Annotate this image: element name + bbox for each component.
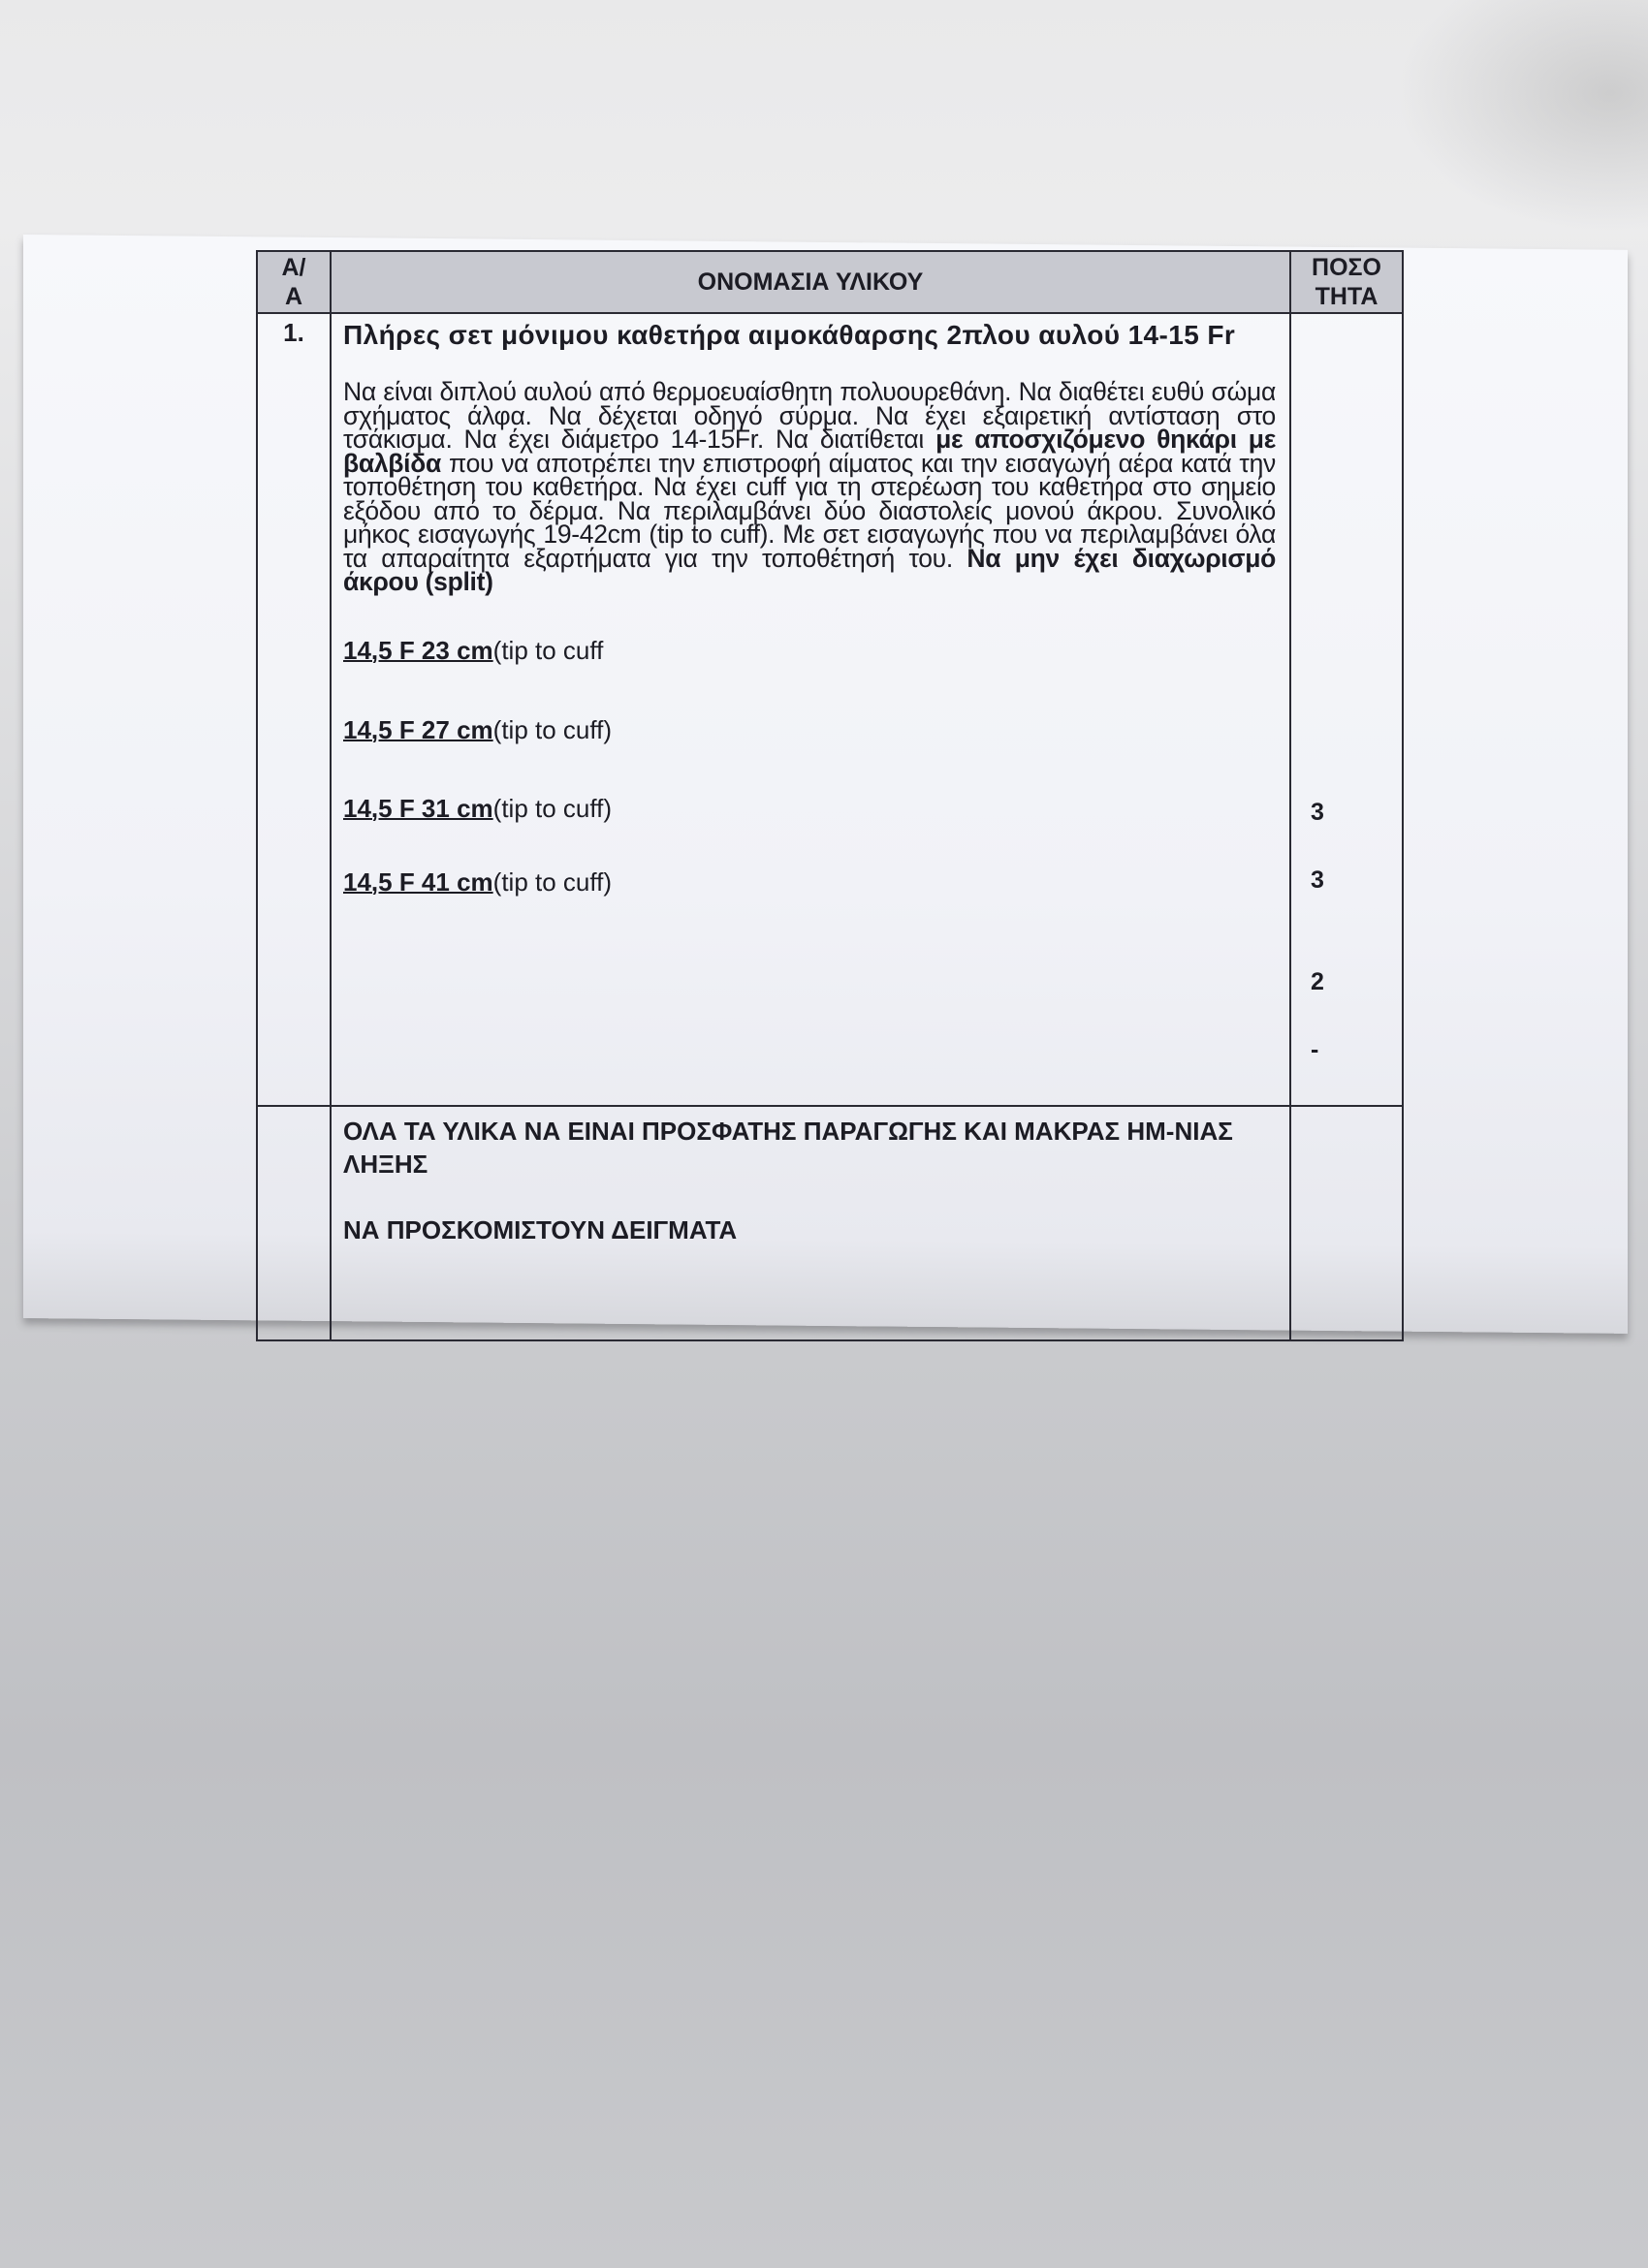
- header-material-name: ΟΝΟΜΑΣΙΑ ΥΛΙΚΟΥ: [331, 251, 1290, 313]
- variant-code: 14,5 F 27 cm: [343, 715, 493, 744]
- header-serial-number: Α/ Α: [257, 251, 331, 313]
- variant-code: 14,5 F 31 cm: [343, 794, 493, 823]
- item-number: 1.: [257, 313, 331, 1106]
- header-qty-line1: ΠΟΣΟ: [1312, 254, 1381, 281]
- variant-quantity: 3: [1311, 866, 1324, 895]
- notice-freshness: ΟΛΑ ΤΑ ΥΛΙΚΑ ΝΑ ΕΙΝΑΙ ΠΡΟΣΦΑΤΗΣ ΠΑΡΑΓΩΓΗ…: [343, 1115, 1276, 1181]
- table-header-row: Α/ Α ΟΝΟΜΑΣΙΑ ΥΛΙΚΟΥ ΠΟΣΟ ΤΗΤΑ: [257, 251, 1403, 313]
- variant-item: 14,5 F 27 cm(tip to cuff): [343, 709, 1276, 751]
- item-quantities: 3 3 2 -: [1290, 313, 1403, 1106]
- variant-item: 14,5 F 31 cm(tip to cuff): [343, 787, 1276, 830]
- header-qty-line2: ΤΗΤΑ: [1315, 283, 1379, 310]
- variant-item: 14,5 F 41 cm(tip to cuff): [343, 861, 1276, 903]
- header-aa-line1: Α/: [282, 254, 306, 281]
- variant-code: 14,5 F 23 cm: [343, 636, 493, 665]
- item-details: Πλήρες σετ μόνιμου καθετήρα αιμοκάθαρσης…: [331, 313, 1290, 1106]
- table-row: ΟΛΑ ΤΑ ΥΛΙΚΑ ΝΑ ΕΙΝΑΙ ΠΡΟΣΦΑΤΗΣ ΠΑΡΑΓΩΓΗ…: [257, 1106, 1403, 1340]
- empty-number-cell: [257, 1106, 331, 1340]
- item-description: Να είναι διπλού αυλού από θερμοευαίσθητη…: [343, 380, 1276, 594]
- empty-quantity-cell: [1290, 1106, 1403, 1340]
- header-aa-line2: Α: [285, 283, 302, 310]
- variant-quantity: 3: [1311, 799, 1324, 827]
- scanner-background-smudge: [1396, 0, 1648, 233]
- table-row: 1. Πλήρες σετ μόνιμου καθετήρα αιμοκάθαρ…: [257, 313, 1403, 1106]
- header-quantity: ΠΟΣΟ ΤΗΤΑ: [1290, 251, 1403, 313]
- variant-suffix: (tip to cuff): [493, 867, 612, 897]
- variant-code: 14,5 F 41 cm: [343, 867, 493, 897]
- variant-quantity: 2: [1311, 968, 1324, 996]
- variant-suffix: (tip to cuff): [493, 794, 612, 823]
- variant-item: 14,5 F 23 cm(tip to cuff: [343, 629, 1276, 672]
- notice-cell: ΟΛΑ ΤΑ ΥΛΙΚΑ ΝΑ ΕΙΝΑΙ ΠΡΟΣΦΑΤΗΣ ΠΑΡΑΓΩΓΗ…: [331, 1106, 1290, 1340]
- notice-samples: ΝΑ ΠΡΟΣΚΟΜΙΣΤΟΥΝ ΔΕΙΓΜΑΤΑ: [343, 1213, 1276, 1246]
- item-title: Πλήρες σετ μόνιμου καθετήρα αιμοκάθαρσης…: [343, 318, 1276, 353]
- variant-suffix: (tip to cuff): [493, 715, 612, 744]
- variant-suffix: (tip to cuff: [493, 636, 604, 665]
- materials-table: Α/ Α ΟΝΟΜΑΣΙΑ ΥΛΙΚΟΥ ΠΟΣΟ ΤΗΤΑ 1. Πλήρες…: [256, 250, 1404, 1341]
- variant-quantity: -: [1311, 1036, 1318, 1064]
